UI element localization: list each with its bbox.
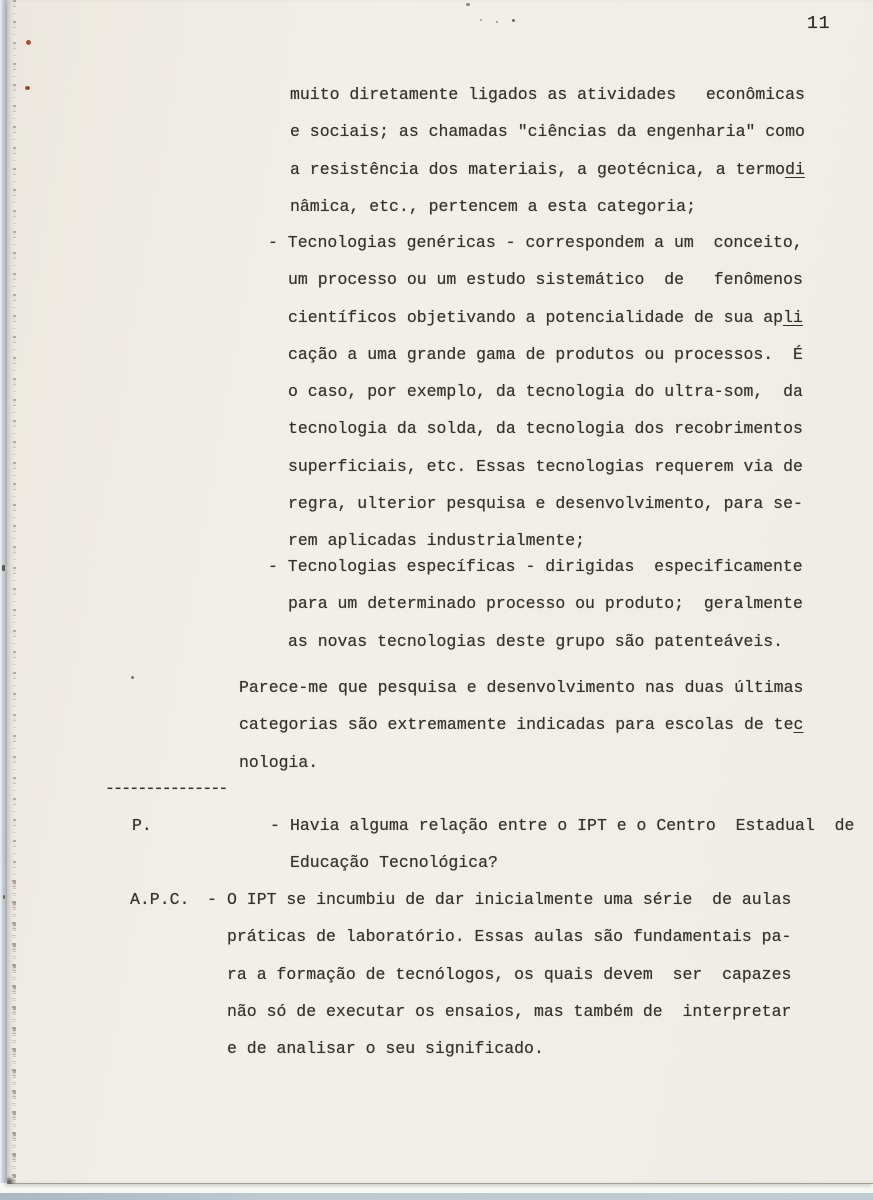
scan-speck [480,19,482,21]
text-line: para um determinado processo ou produto;… [268,594,803,631]
text-line: tecnologia da solda, da tecnologia dos r… [268,419,803,456]
text-line: nologia. [239,753,803,790]
answer-dash: - [270,816,280,835]
answer-dash: - [207,890,217,909]
text-line: práticas de laboratório. Essas aulas são… [227,927,791,964]
text-line: O IPT se incumbiu de dar inicialmente um… [227,890,791,927]
text-line: --------------- [105,779,227,816]
separator-dashes: --------------- [105,779,227,816]
scan-speck [466,3,470,6]
speaker-label: A.P.C. [130,890,189,909]
text-line: ra a formação de tecnólogos, os quais de… [227,965,791,1002]
text-line: cação a uma grande gama de produtos ou p… [268,345,803,382]
scan-speck [511,277,513,279]
text-segment: a resistência dos materiais, a geotécnic… [290,160,785,179]
text-line: Educação Tecnológica? [290,853,854,890]
bullet-tecnologias-genericas: - Tecnologias genéricas - correspondem a… [268,233,803,569]
scanner-edge-bottom [0,1193,873,1200]
scan-speck [512,19,515,22]
text-line: categorias são extremamente indicadas pa… [239,715,803,752]
text-line: e de analisar o seu significado. [227,1039,791,1076]
text-line: nâmica, etc., pertencem a esta categoria… [290,197,805,234]
text-line: - Tecnologias genéricas - correspondem a… [268,233,803,270]
scan-speck [496,21,498,23]
paragraph-continuation: muito diretamente ligados as atividades … [290,85,805,234]
scan-mark-edge [3,895,5,899]
hyphenation-underline: di [785,160,805,179]
text-line: o caso, por exemplo, da tecnologia do ul… [268,382,803,419]
text-line: muito diretamente ligados as atividades … [290,85,805,122]
binding-streak-lower [12,880,16,1183]
text-line: Parece-me que pesquisa e desenvolvimento… [239,678,803,715]
text-line: a resistência dos materiais, a geotécnic… [290,160,805,197]
scan-root: { "page": { "number": "11" }, "colors": … [0,0,873,1200]
text-line: regra, ulterior pesquisa e desenvolvimen… [268,494,803,531]
text-line: científicos objetivando a potencialidade… [268,308,803,345]
text-line: superficiais, etc. Essas tecnologias req… [268,457,803,494]
scan-speck-red [26,40,31,45]
hyphenation-underline: li [783,308,803,327]
text-line: um processo ou um estudo sistemático de … [268,270,803,307]
text-segment: categorias são extremamente indicadas pa… [239,715,794,734]
text-line: as novas tecnologias deste grupo são pat… [268,632,803,669]
page-number: 11 [807,14,831,34]
bullet-tecnologias-especificas: - Tecnologias específicas - dirigidas es… [268,557,803,669]
scan-speck-red [25,86,30,90]
text-segment: científicos objetivando a potencialidade… [288,308,783,327]
paragraph-parece-me: Parece-me que pesquisa e desenvolvimento… [239,678,803,790]
paper-corner-shadow [7,1176,15,1184]
scan-mark-edge [2,565,5,571]
paper: 11 muito diretamente ligados as atividad… [7,0,873,1184]
hyphenation-underline: c [794,715,804,734]
speaker-label: P. [132,816,152,835]
scan-speck [131,676,134,679]
scanner-edge-bottom-light [0,1183,873,1193]
question-block: P.-Havia alguma relação entre o IPT e o … [290,816,854,891]
text-line: e sociais; as chamadas "ciências da enge… [290,122,805,159]
answer-block: A.P.C.-O IPT se incumbiu de dar inicialm… [227,890,791,1076]
text-line: Havia alguma relação entre o IPT e o Cen… [290,816,854,853]
text-line: não só de executar os ensaios, mas també… [227,1002,791,1039]
text-line: - Tecnologias específicas - dirigidas es… [268,557,803,594]
